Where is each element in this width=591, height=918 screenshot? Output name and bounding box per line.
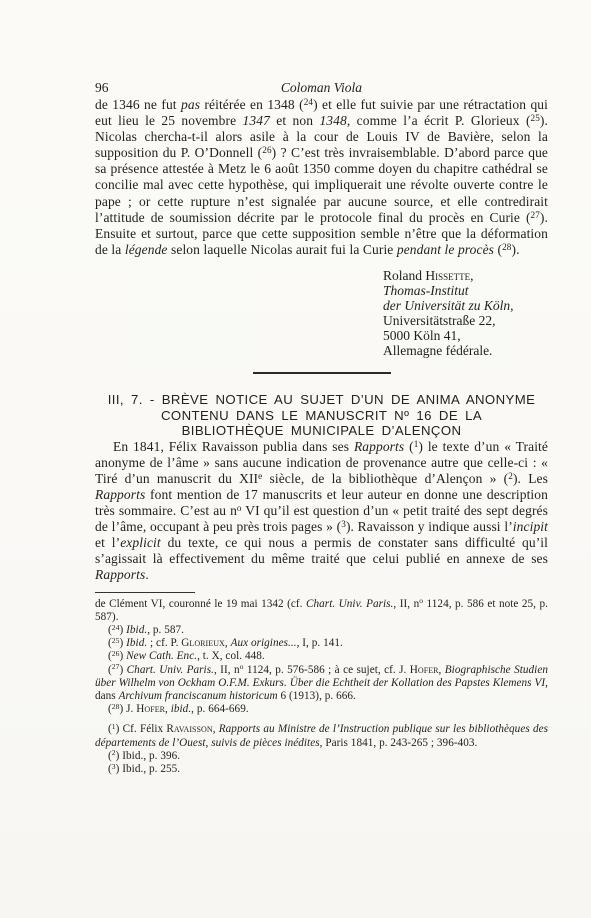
footnote-25: (25) Ibid. ; cf. P. Glorieux, Aux origin… <box>95 637 548 650</box>
footnote-26: (26) New Cath. Enc., t. X, col. 448. <box>95 650 548 663</box>
signature-line-street: Universitätstraße 22, <box>383 313 548 328</box>
author-signature-block: Roland Hissette, Thomas-Institut der Uni… <box>383 268 548 358</box>
footnote-group-gap <box>95 716 548 723</box>
section-heading-line-1: III, 7. - BRÈVE NOTICE AU SUJET D’UN DE … <box>95 392 548 408</box>
page-header: 96 Coloman Viola <box>95 80 548 97</box>
section-heading-line-3: BIBLIOTHÈQUE MUNICIPALE D’ALENÇON <box>95 423 548 439</box>
section-heading-line-2: CONTENU DANS LE MANUSCRIT Nº 16 DE LA <box>95 408 548 424</box>
section-opening-paragraph: En 1841, Félix Ravaisson publia dans ses… <box>95 439 548 584</box>
signature-line-city: 5000 Köln 41, <box>383 328 548 343</box>
footnote-24: (24) Ibid., p. 587. <box>95 624 548 637</box>
footnote-27: (27) Chart. Univ. Paris., II, no 1124, p… <box>95 664 548 704</box>
footnote-3: (3) Ibid., p. 255. <box>95 763 548 776</box>
text-block: 96 Coloman Viola de 1346 ne fut pas réit… <box>95 80 548 776</box>
signature-line-university: der Universität zu Köln, <box>383 298 548 313</box>
article-final-paragraph: de 1346 ne fut pas réitérée en 1348 (24)… <box>95 97 548 258</box>
section-heading: III, 7. - BRÈVE NOTICE AU SUJET D’UN DE … <box>95 392 548 439</box>
running-title: Coloman Viola <box>95 80 548 96</box>
footnotes-block: de Clément VI, couronné le 19 mai 1342 (… <box>95 598 548 777</box>
scanned-journal-page: 96 Coloman Viola de 1346 ne fut pas réit… <box>0 0 591 918</box>
footnote-28: (28) J. Hofer, ibid., p. 664-669. <box>95 703 548 716</box>
footnote-2: (2) Ibid., p. 396. <box>95 750 548 763</box>
footnote-1: (1) Cf. Félix Ravaisson, Rapports au Min… <box>95 723 548 749</box>
section-divider-rule <box>253 372 391 374</box>
footnote-separator-rule <box>95 592 195 593</box>
footnote-continuation: de Clément VI, couronné le 19 mai 1342 (… <box>95 598 548 624</box>
signature-line-country: Allemagne fédérale. <box>383 343 548 358</box>
signature-line-institute: Thomas-Institut <box>383 283 548 298</box>
signature-line-name: Roland Hissette, <box>383 268 548 283</box>
